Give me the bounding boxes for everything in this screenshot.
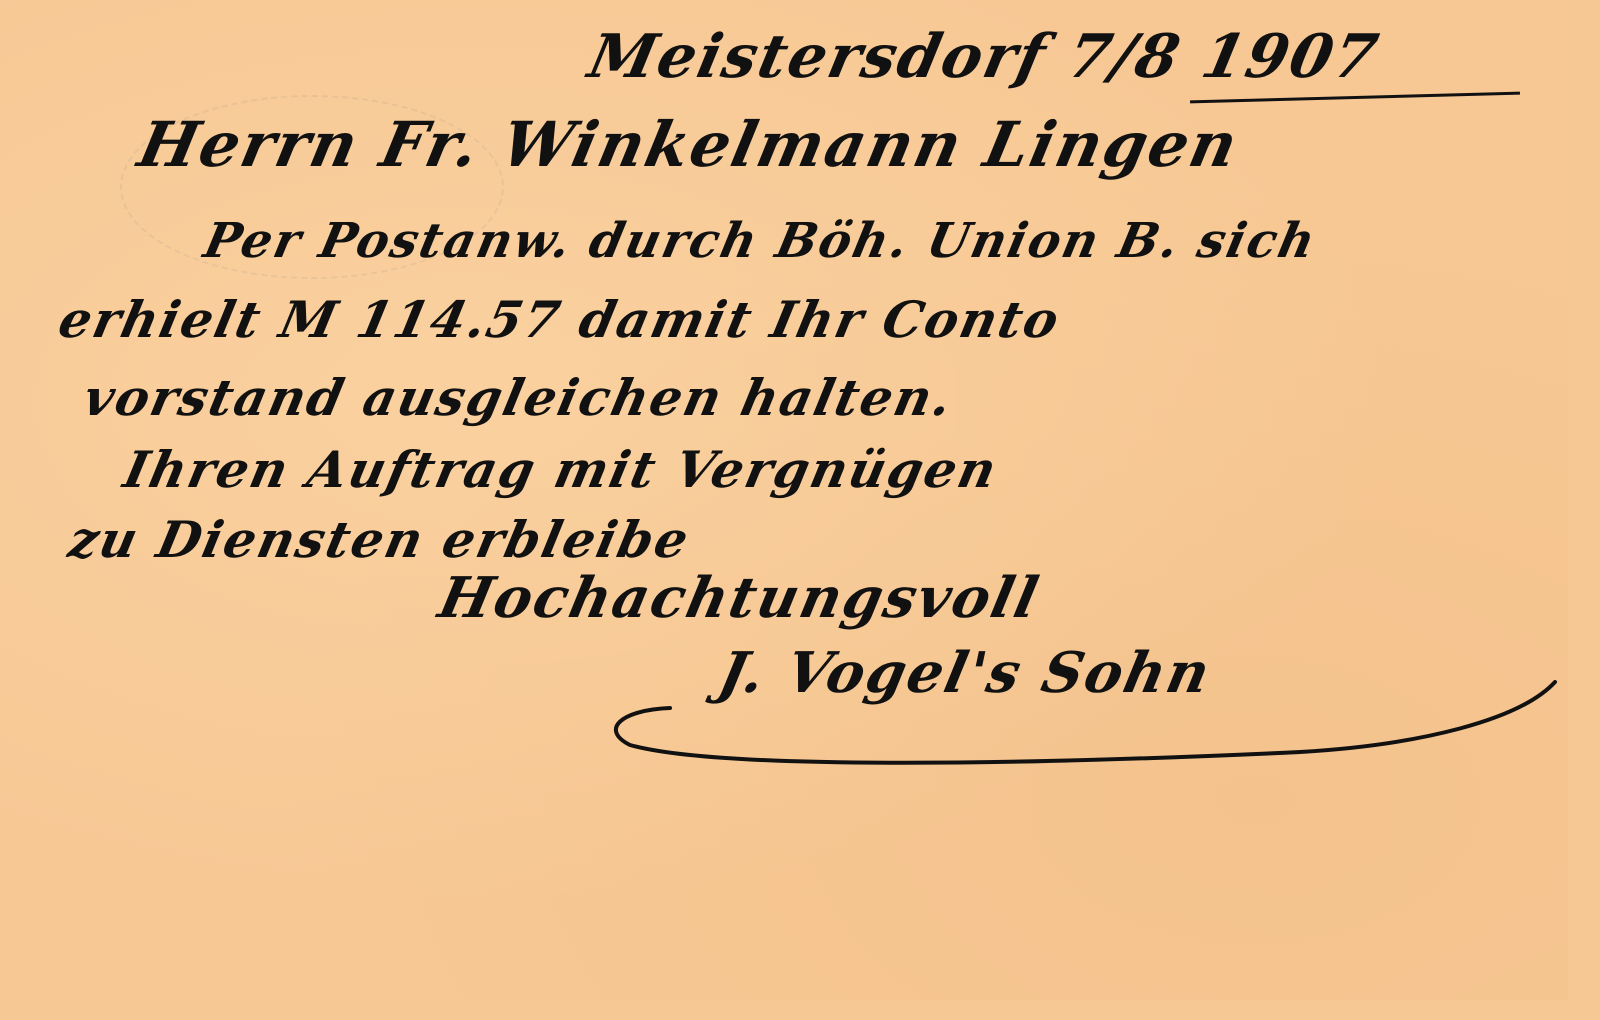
body-line-1: Per Postanw. durch Böh. Union B. sich [199,213,1322,269]
body-line-2: erhielt M 114.57 damit Ihr Conto [54,290,1066,349]
signature-flourish [600,660,1560,770]
valediction: Hochachtungsvoll [433,565,1046,631]
recipient-address: Herrn Fr. Winkelmann Lingen [132,108,1245,181]
postcard: Meistersdorf 7/8 1907 Herrn Fr. Winkelma… [0,0,1568,1000]
place-and-date: Meistersdorf 7/8 1907 [583,22,1386,92]
body-line-3: vorstand ausgleichen halten. [79,368,959,427]
body-line-4: Ihren Auftrag mit Vergnügen [119,440,1004,499]
date-underline [1190,92,1520,104]
body-line-5: zu Diensten erbleibe [64,510,696,569]
